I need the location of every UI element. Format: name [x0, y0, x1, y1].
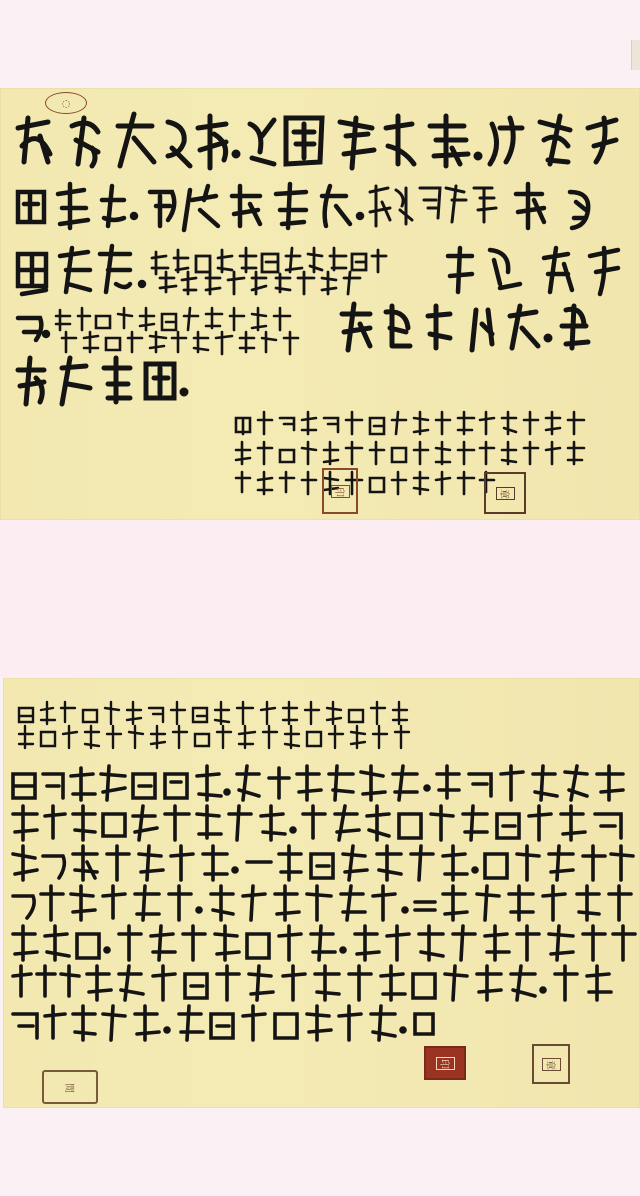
- work-2-row-2: [13, 806, 621, 840]
- work-1-row-3: [18, 246, 618, 294]
- work-1-row-5: [18, 358, 186, 404]
- work-2-row-5: [13, 926, 635, 960]
- work-1-colophon: [236, 412, 584, 494]
- work-1-row-2: [18, 184, 588, 230]
- top-margin: [0, 0, 640, 88]
- work-2-row-3: [13, 846, 633, 880]
- name-seal-1: 印: [322, 468, 358, 514]
- leading-oval-seal: ◌: [45, 92, 87, 114]
- work-2-row-7: [13, 1006, 433, 1040]
- leisure-seal: 閒: [42, 1070, 98, 1104]
- work-1-row-1: [18, 114, 616, 168]
- work-2-row-6: [13, 966, 611, 1000]
- edge-strip: [631, 40, 640, 70]
- work-2-row-1: [13, 766, 623, 800]
- calligraphy-work-2: 印 章 閒: [3, 678, 640, 1108]
- bottom-margin: [0, 1108, 640, 1196]
- red-square-seal: 印: [424, 1046, 466, 1080]
- middle-margin: [0, 520, 640, 678]
- work-2-main-text: [13, 766, 635, 1040]
- calligraphy-work-1: ◌ 印 章: [0, 88, 640, 520]
- work-2-inscription: [19, 702, 409, 748]
- work-1-row-4: [18, 304, 588, 354]
- name-seal-2: 章: [484, 472, 526, 514]
- square-seal: 章: [532, 1044, 570, 1084]
- work-1-ink: [0, 88, 640, 520]
- work-2-row-4: [13, 886, 631, 920]
